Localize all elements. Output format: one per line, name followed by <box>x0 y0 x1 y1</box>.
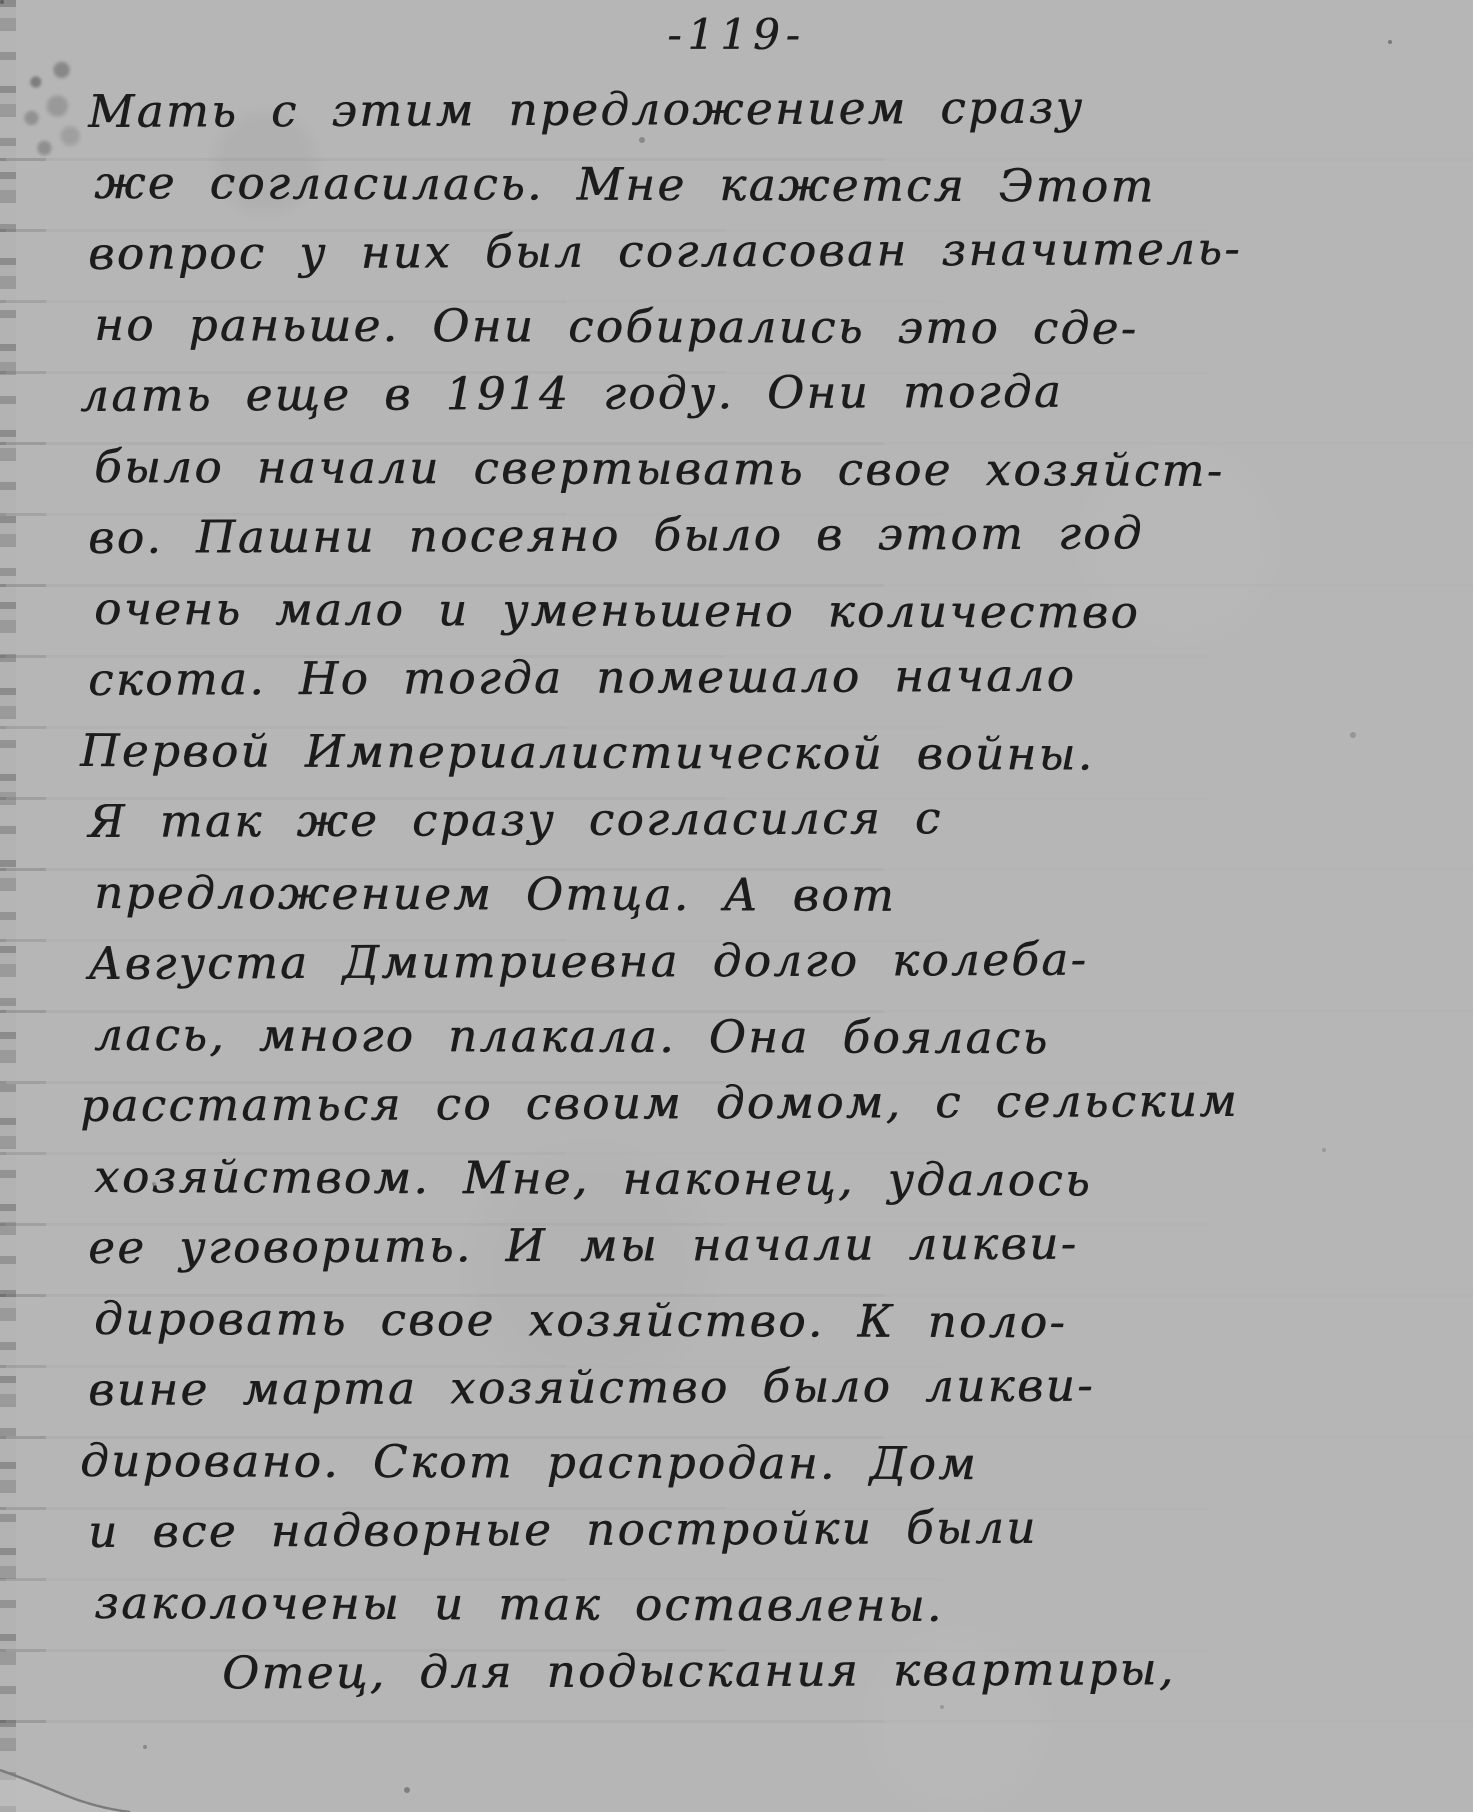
handwritten-text-block: Мать с этим предложением сразуже согласи… <box>88 76 1453 1709</box>
manuscript-line: Мать с этим предложением сразу <box>88 70 1453 147</box>
manuscript-line: дировано. Скот распродан. Дом <box>80 1425 1453 1501</box>
manuscript-line: лать еще в 1914 году. Они тогда <box>80 354 1453 431</box>
manuscript-line: хозяйством. Мне, наконец, удалось <box>94 1141 1453 1217</box>
manuscript-line: но раньше. Они собирались это сде- <box>94 289 1453 365</box>
manuscript-line: Я так же сразу согласился с <box>88 780 1453 857</box>
manuscript-line: заколочены и так оставлены. <box>94 1567 1453 1643</box>
manuscript-line: дировать свое хозяйство. К поло- <box>94 1283 1453 1359</box>
manuscript-line: лась, много плакала. Она боялась <box>94 999 1453 1075</box>
manuscript-line: Августа Дмитриевна долго колеба- <box>88 922 1453 999</box>
manuscript-line: и все надворные постройки были <box>88 1490 1453 1567</box>
manuscript-line: Первой Империалистической войны. <box>80 715 1453 791</box>
ink-specks <box>0 0 4 4</box>
manuscript-line: расстаться со своим домом, с сельским <box>80 1064 1453 1141</box>
manuscript-line: скота. Но тогда помешало начало <box>88 638 1453 715</box>
manuscript-line: предложением Отца. А вот <box>94 857 1453 933</box>
manuscript-page: -119- Мать с этим предложением сразуже с… <box>0 0 1473 1812</box>
manuscript-line: очень мало и уменьшено количество <box>94 573 1453 649</box>
page-curl <box>0 1752 150 1812</box>
manuscript-line: вине марта хозяйство было ликви- <box>88 1348 1453 1425</box>
manuscript-line: Отец, для подыскания квартиры, <box>88 1632 1453 1709</box>
manuscript-line: же согласилась. Мне кажется Этот <box>94 147 1453 223</box>
manuscript-line: вопрос у них был согласован значитель- <box>88 212 1453 289</box>
manuscript-line: во. Пашни посеяно было в этот год <box>88 496 1453 573</box>
ruled-line <box>0 1720 1473 1723</box>
page-number: -119- <box>0 10 1473 59</box>
left-edge-scan-artifact <box>0 0 16 1812</box>
manuscript-line: ее уговорить. И мы начали ликви- <box>88 1206 1453 1283</box>
corner-smudge <box>10 58 96 178</box>
manuscript-line: было начали свертывать свое хозяйст- <box>94 431 1453 507</box>
